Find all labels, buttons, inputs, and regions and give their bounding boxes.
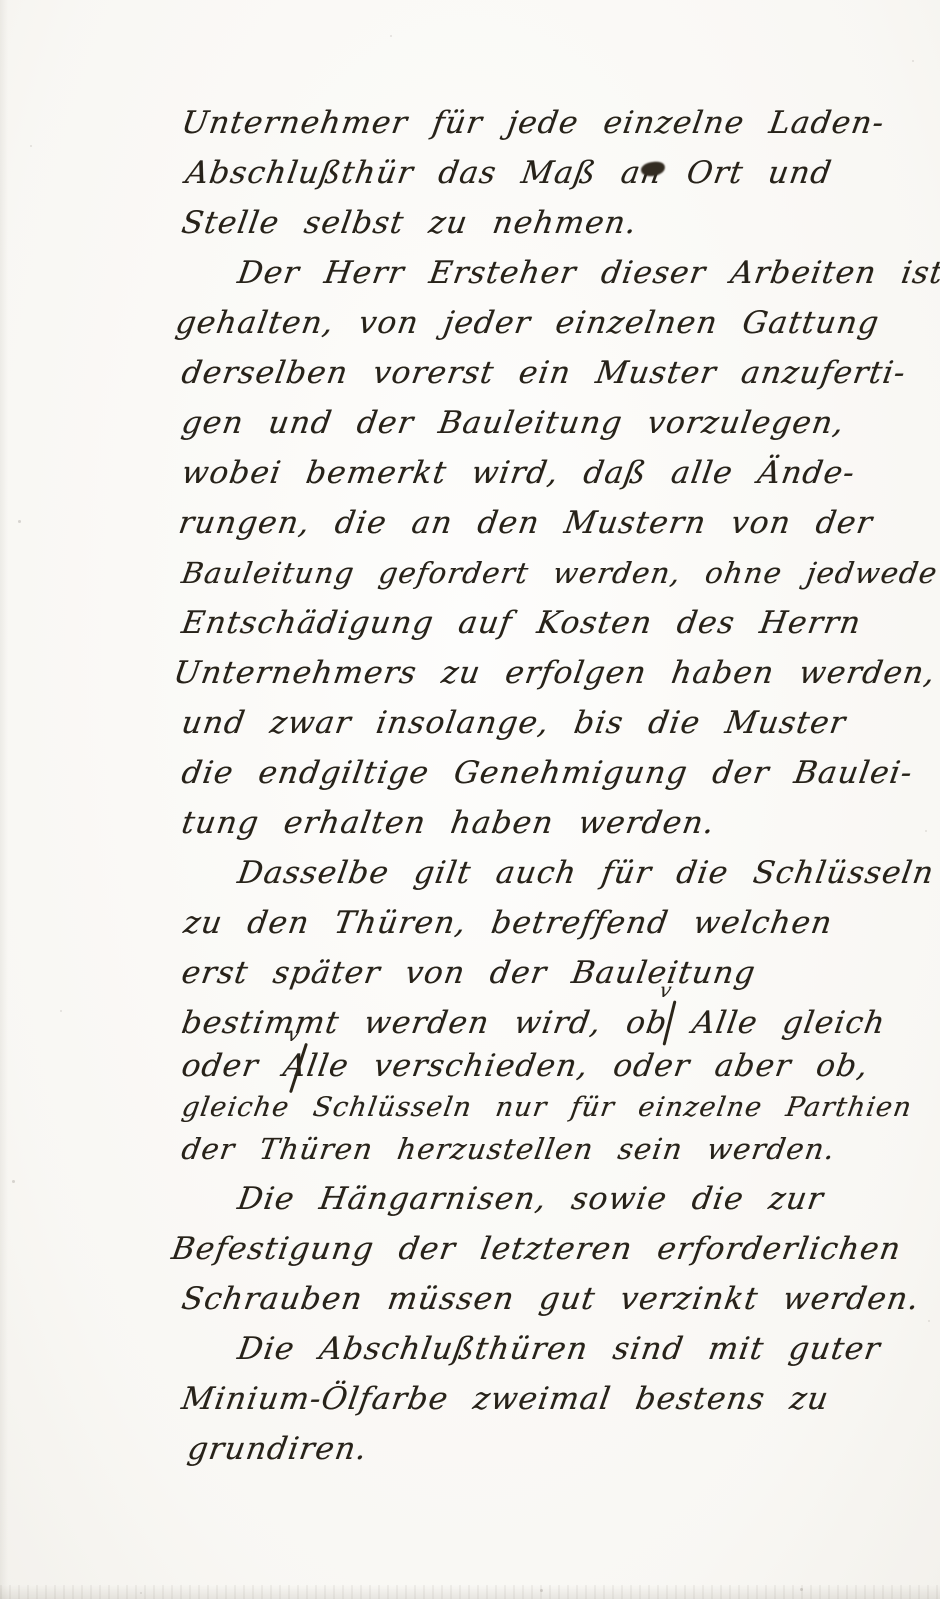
manuscript-line: der Thüren herzustellen sein werden. [178,1124,910,1174]
manuscript-line: erst später von der Bauleitung [178,948,910,998]
manuscript-line: Dasselbe gilt auch für die Schlüsseln [178,848,910,898]
manuscript-line: Befestigung der letzteren erforderlichen [168,1224,910,1274]
manuscript-line: derselben vorerst ein Muster anzuferti- [178,348,910,398]
manuscript-line: die endgiltige Genehmigung der Baulei- [178,748,910,798]
manuscript-line: Schrauben müssen gut verzinkt werden. [178,1274,910,1324]
paper-speck [30,145,32,147]
manuscript-line: zu den Thüren, betreffend welchen [180,898,910,948]
scan-edge [0,1585,940,1599]
scan-edge [0,0,8,1599]
manuscript-line: grundiren. [184,1424,910,1474]
paper-speck [925,830,927,832]
manuscript-line: rungen, die an den Mustern von der [175,498,910,548]
paper-speck [60,1010,62,1012]
manuscript-line: Die Abschlußthüren sind mit guter [178,1324,910,1374]
paper-speck [928,1320,930,1322]
manuscript-line: gen und der Bauleitung vorzulegen, [178,398,910,448]
manuscript-line: tung erhalten haben werden. [178,798,910,848]
manuscript-line: Unternehmers zu erfolgen haben werden, [170,648,910,698]
paper-speck [390,35,392,37]
manuscript-line: Stelle selbst zu nehmen. [178,198,910,248]
manuscript-page: Unternehmer für jede einzelne Laden- Abs… [0,0,940,1599]
manuscript-line: Entschädigung auf Kosten des Herrn [178,598,910,648]
manuscript-line: und zwar insolange, bis die Muster [178,698,910,748]
handwritten-text-block: Unternehmer für jede einzelne Laden- Abs… [178,98,902,1474]
paper-speck [18,520,21,523]
paper-speck [12,1180,15,1183]
manuscript-line: Minium-Ölfarbe zweimal bestens zu [178,1374,910,1424]
manuscript-line: Unternehmer für jede einzelne Laden- [178,98,910,148]
manuscript-line: gehalten, von jeder einzelnen Gattung [172,298,910,348]
manuscript-line: Abschlußthür das Maß an Ort und [182,148,910,198]
paper-speck [870,330,872,332]
manuscript-line: Der Herr Ersteher dieser Arbeiten ist [178,248,910,298]
manuscript-line: Bauleitung gefordert werden, ohne jedwed… [178,548,910,598]
manuscript-line: Die Hängarnisen, sowie die zur [178,1174,910,1224]
manuscript-line: wobei bemerkt wird, daß alle Ände- [178,448,910,498]
paper-speck [912,60,914,62]
